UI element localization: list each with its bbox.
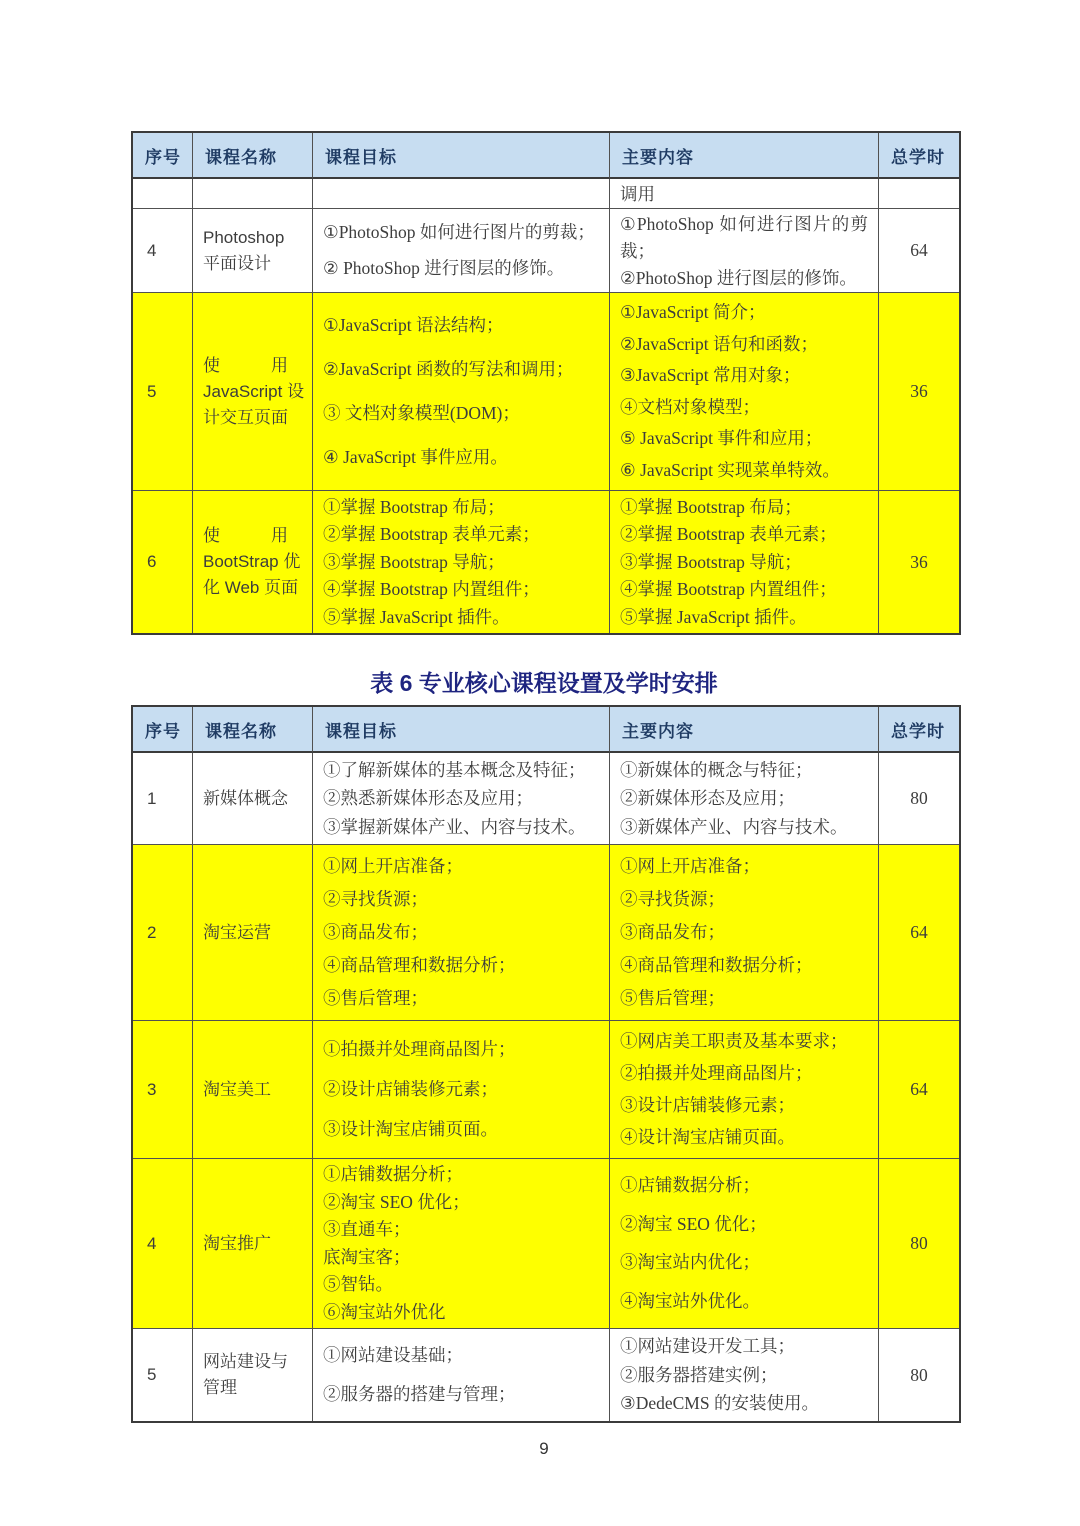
content-item: ①网店美工职责及基本要求； bbox=[620, 1028, 868, 1055]
content-item: ②JavaScript 语句和函数； bbox=[620, 331, 868, 358]
content-item: ①PhotoShop 如何进行图片的剪裁； bbox=[620, 211, 868, 265]
goal-item: ③直通车； bbox=[323, 1216, 599, 1243]
total-hours-cell: 64 bbox=[879, 209, 959, 293]
course-table-continued: 序号课程名称课程目标主要内容总学时调用4Photoshop 平面设计①Photo… bbox=[131, 131, 961, 635]
goal-item: ①PhotoShop 如何进行图片的剪裁； bbox=[323, 219, 599, 246]
goal-item: ④ JavaScript 事件应用。 bbox=[323, 444, 599, 471]
goal-item: ⑤售后管理； bbox=[323, 985, 599, 1012]
column-header: 序号 bbox=[133, 707, 193, 753]
goal-item: 底淘宝客； bbox=[323, 1244, 599, 1271]
goal-item: ③设计淘宝店铺页面。 bbox=[323, 1116, 599, 1143]
goal-item: ③掌握 Bootstrap 导航； bbox=[323, 549, 599, 576]
content-item: ④掌握 Bootstrap 内置组件； bbox=[620, 576, 868, 603]
row-number-cell: 5 bbox=[133, 1329, 193, 1421]
content-item: ②掌握 Bootstrap 表单元素； bbox=[620, 521, 868, 548]
course-goals-cell: ①网站建设基础；②服务器的搭建与管理； bbox=[313, 1329, 610, 1421]
total-hours-cell: 80 bbox=[879, 753, 959, 845]
row-number-cell: 3 bbox=[133, 1021, 193, 1159]
row-number-cell bbox=[133, 179, 193, 209]
content-item: ③商品发布； bbox=[620, 919, 868, 946]
column-header: 主要内容 bbox=[610, 707, 879, 753]
goal-item: ③商品发布； bbox=[323, 919, 599, 946]
content-item: ④设计淘宝店铺页面。 bbox=[620, 1124, 868, 1151]
course-goals-cell: ①JavaScript 语法结构；②JavaScript 函数的写法和调用；③ … bbox=[313, 293, 610, 491]
main-content-cell: ①网站建设开发工具；②服务器搭建实例；③DedeCMS 的安装使用。 bbox=[610, 1329, 879, 1421]
content-item: ①掌握 Bootstrap 布局； bbox=[620, 494, 868, 521]
main-content-cell: ①JavaScript 简介；②JavaScript 语句和函数；③JavaSc… bbox=[610, 293, 879, 491]
goal-item: ②寻找货源； bbox=[323, 886, 599, 913]
goal-item: ②JavaScript 函数的写法和调用； bbox=[323, 356, 599, 383]
content-item: ①JavaScript 简介； bbox=[620, 299, 868, 326]
content-item: ②PhotoShop 进行图层的修饰。 bbox=[620, 265, 868, 292]
course-goals-cell: ①了解新媒体的基本概念及特征；②熟悉新媒体形态及应用；③掌握新媒体产业、内容与技… bbox=[313, 753, 610, 845]
content-item: ②新媒体形态及应用； bbox=[620, 785, 868, 812]
course-goals-cell: ①掌握 Bootstrap 布局；②掌握 Bootstrap 表单元素；③掌握 … bbox=[313, 491, 610, 633]
content-item: ①网站建设开发工具； bbox=[620, 1333, 868, 1360]
course-name-cell: 淘宝美工 bbox=[193, 1021, 313, 1159]
main-content-cell: 调用 bbox=[610, 179, 879, 209]
goal-item: ② PhotoShop 进行图层的修饰。 bbox=[323, 255, 599, 282]
content-item: ④文档对象模型； bbox=[620, 394, 868, 421]
goal-item: ①网站建设基础； bbox=[323, 1342, 599, 1369]
course-name-cell: 淘宝运营 bbox=[193, 845, 313, 1021]
content-item: ③JavaScript 常用对象； bbox=[620, 362, 868, 389]
column-header: 总学时 bbox=[879, 133, 959, 179]
course-name-cell: Photoshop 平面设计 bbox=[193, 209, 313, 293]
content-item: ①网上开店准备； bbox=[620, 853, 868, 880]
course-name-cell: 网站建设与 管理 bbox=[193, 1329, 313, 1421]
content-item: ②寻找货源； bbox=[620, 886, 868, 913]
goal-item: ②熟悉新媒体形态及应用； bbox=[323, 785, 599, 812]
course-goals-cell: ①店铺数据分析；②淘宝 SEO 优化；③直通车；底淘宝客；⑤智钻。⑥淘宝站外优化 bbox=[313, 1159, 610, 1329]
column-header: 序号 bbox=[133, 133, 193, 179]
main-content-cell: ①网店美工职责及基本要求；②拍摄并处理商品图片；③设计店铺装修元素；④设计淘宝店… bbox=[610, 1021, 879, 1159]
goal-item: ③掌握新媒体产业、内容与技术。 bbox=[323, 814, 599, 841]
content-item: ③DedeCMS 的安装使用。 bbox=[620, 1390, 868, 1417]
content-item: ④淘宝站外优化。 bbox=[620, 1288, 868, 1315]
content-item: ③掌握 Bootstrap 导航； bbox=[620, 549, 868, 576]
goal-item: ②淘宝 SEO 优化； bbox=[323, 1189, 599, 1216]
main-content-cell: ①掌握 Bootstrap 布局；②掌握 Bootstrap 表单元素；③掌握 … bbox=[610, 491, 879, 633]
goal-item: ③ 文档对象模型(DOM)； bbox=[323, 400, 599, 427]
content-item: ②拍摄并处理商品图片； bbox=[620, 1060, 868, 1087]
row-number-cell: 4 bbox=[133, 1159, 193, 1329]
content-item: ⑤ JavaScript 事件和应用； bbox=[620, 425, 868, 452]
content-item: ⑤掌握 JavaScript 插件。 bbox=[620, 604, 868, 631]
total-hours-cell bbox=[879, 179, 959, 209]
goal-item: ①网上开店准备； bbox=[323, 853, 599, 880]
total-hours-cell: 64 bbox=[879, 845, 959, 1021]
column-header: 课程目标 bbox=[313, 707, 610, 753]
course-goals-cell bbox=[313, 179, 610, 209]
course-name-cell: 新媒体概念 bbox=[193, 753, 313, 845]
document-page: 序号课程名称课程目标主要内容总学时调用4Photoshop 平面设计①Photo… bbox=[0, 0, 957, 1459]
goal-item: ⑤掌握 JavaScript 插件。 bbox=[323, 604, 599, 631]
column-header: 课程目标 bbox=[313, 133, 610, 179]
row-number-cell: 6 bbox=[133, 491, 193, 633]
goal-item: ②设计店铺装修元素； bbox=[323, 1076, 599, 1103]
row-number-cell: 2 bbox=[133, 845, 193, 1021]
content-item: ④商品管理和数据分析； bbox=[620, 952, 868, 979]
row-number-cell: 1 bbox=[133, 753, 193, 845]
table-title: 表 6 专业核心课程设置及学时安排 bbox=[131, 668, 957, 698]
total-hours-cell: 36 bbox=[879, 491, 959, 633]
course-name-cell: 使 用 BootStrap 优 化 Web 页面 bbox=[193, 491, 313, 633]
goal-item: ①拍摄并处理商品图片； bbox=[323, 1036, 599, 1063]
column-header: 主要内容 bbox=[610, 133, 879, 179]
course-goals-cell: ①PhotoShop 如何进行图片的剪裁；② PhotoShop 进行图层的修饰… bbox=[313, 209, 610, 293]
main-content-cell: ①PhotoShop 如何进行图片的剪裁；②PhotoShop 进行图层的修饰。 bbox=[610, 209, 879, 293]
course-goals-cell: ①拍摄并处理商品图片；②设计店铺装修元素；③设计淘宝店铺页面。 bbox=[313, 1021, 610, 1159]
content-item: 调用 bbox=[620, 181, 868, 208]
column-header: 课程名称 bbox=[193, 707, 313, 753]
goal-item: ②服务器的搭建与管理； bbox=[323, 1381, 599, 1408]
goal-item: ①JavaScript 语法结构； bbox=[323, 312, 599, 339]
course-goals-cell: ①网上开店准备；②寻找货源；③商品发布；④商品管理和数据分析；⑤售后管理； bbox=[313, 845, 610, 1021]
main-content-cell: ①店铺数据分析；②淘宝 SEO 优化；③淘宝站内优化；④淘宝站外优化。 bbox=[610, 1159, 879, 1329]
course-name-cell: 使 用 JavaScript 设 计交互页面 bbox=[193, 293, 313, 491]
content-item: ②淘宝 SEO 优化； bbox=[620, 1211, 868, 1238]
content-item: ⑤售后管理； bbox=[620, 985, 868, 1012]
content-item: ⑥ JavaScript 实现菜单特效。 bbox=[620, 457, 868, 484]
content-item: ③淘宝站内优化； bbox=[620, 1249, 868, 1276]
goal-item: ①店铺数据分析； bbox=[323, 1161, 599, 1188]
goal-item: ②掌握 Bootstrap 表单元素； bbox=[323, 521, 599, 548]
goal-item: ①了解新媒体的基本概念及特征； bbox=[323, 757, 599, 784]
content-item: ③新媒体产业、内容与技术。 bbox=[620, 814, 868, 841]
course-name-cell bbox=[193, 179, 313, 209]
goal-item: ⑤智钻。 bbox=[323, 1271, 599, 1298]
content-item: ③设计店铺装修元素； bbox=[620, 1092, 868, 1119]
core-course-table: 序号课程名称课程目标主要内容总学时1新媒体概念①了解新媒体的基本概念及特征；②熟… bbox=[131, 705, 961, 1423]
content-item: ①店铺数据分析； bbox=[620, 1172, 868, 1199]
total-hours-cell: 80 bbox=[879, 1329, 959, 1421]
course-name-cell: 淘宝推广 bbox=[193, 1159, 313, 1329]
main-content-cell: ①网上开店准备；②寻找货源；③商品发布；④商品管理和数据分析；⑤售后管理； bbox=[610, 845, 879, 1021]
total-hours-cell: 64 bbox=[879, 1021, 959, 1159]
column-header: 总学时 bbox=[879, 707, 959, 753]
goal-item: ①掌握 Bootstrap 布局； bbox=[323, 494, 599, 521]
row-number-cell: 5 bbox=[133, 293, 193, 491]
row-number-cell: 4 bbox=[133, 209, 193, 293]
content-item: ①新媒体的概念与特征； bbox=[620, 757, 868, 784]
column-header: 课程名称 bbox=[193, 133, 313, 179]
goal-item: ④掌握 Bootstrap 内置组件； bbox=[323, 576, 599, 603]
total-hours-cell: 80 bbox=[879, 1159, 959, 1329]
content-item: ②服务器搭建实例； bbox=[620, 1362, 868, 1389]
main-content-cell: ①新媒体的概念与特征；②新媒体形态及应用；③新媒体产业、内容与技术。 bbox=[610, 753, 879, 845]
total-hours-cell: 36 bbox=[879, 293, 959, 491]
goal-item: ④商品管理和数据分析； bbox=[323, 952, 599, 979]
goal-item: ⑥淘宝站外优化 bbox=[323, 1299, 599, 1326]
page-number: 9 bbox=[131, 1439, 957, 1459]
